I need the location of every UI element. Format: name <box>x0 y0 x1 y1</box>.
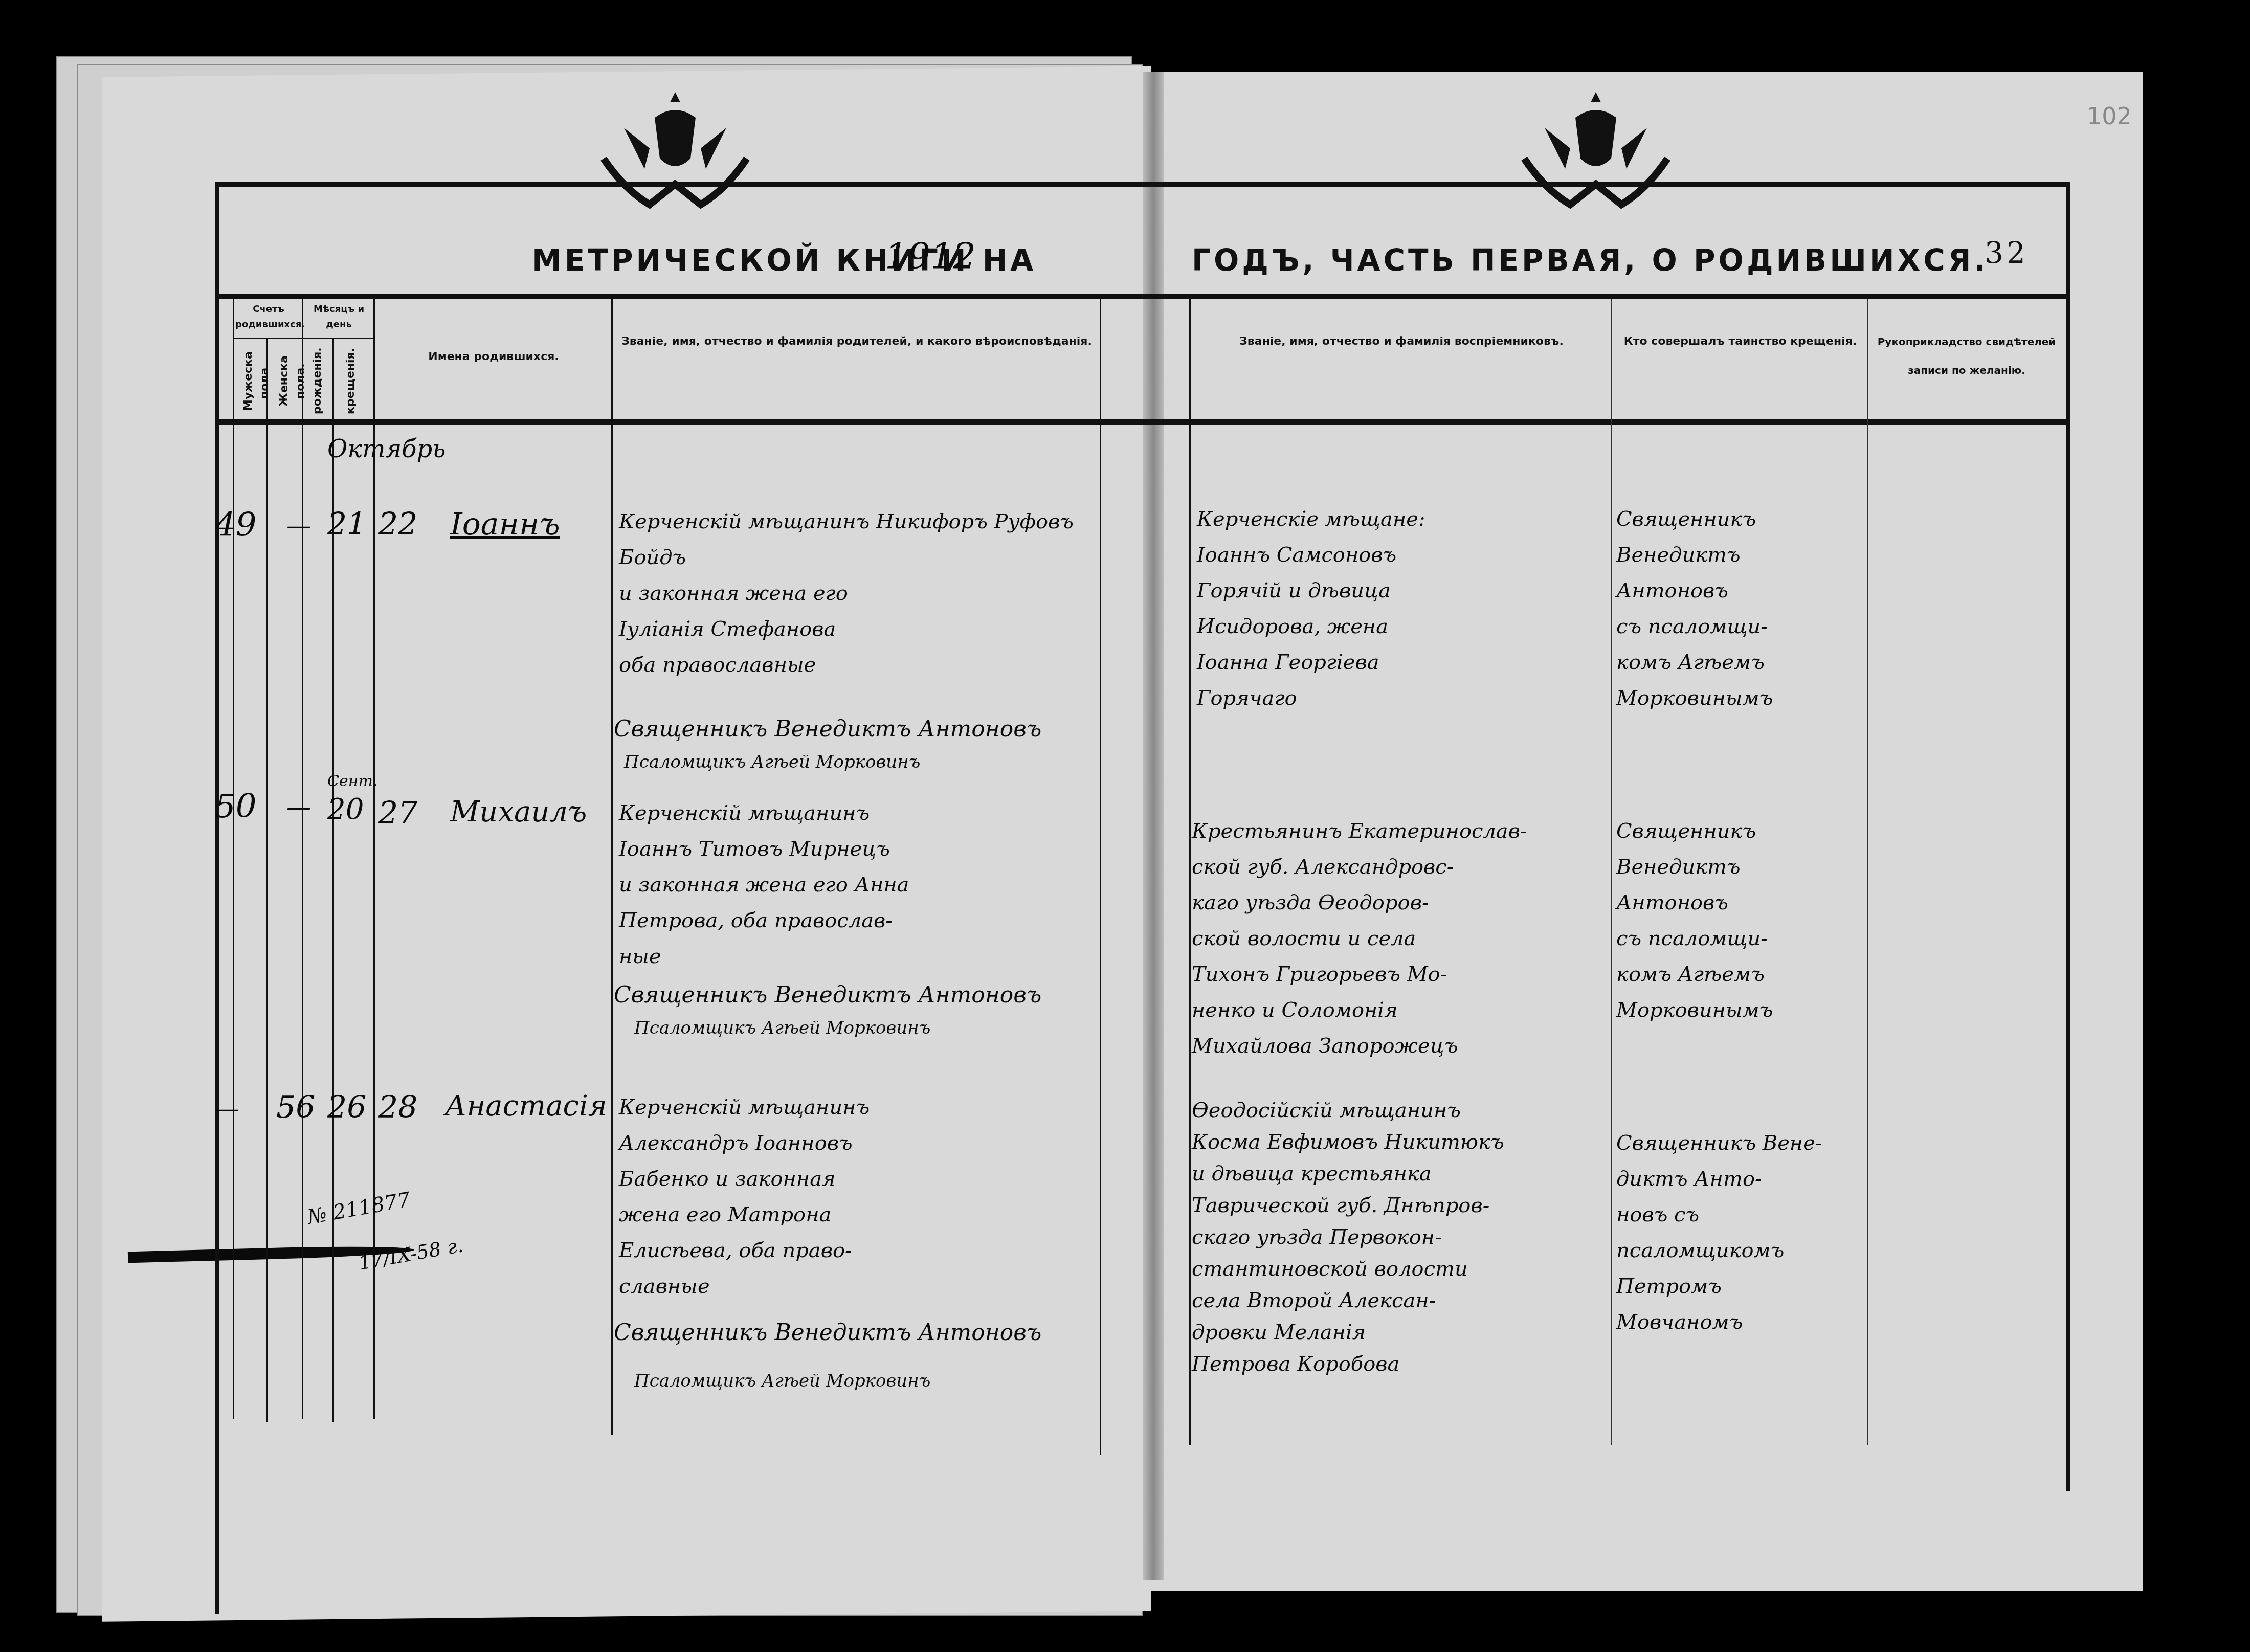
record-parents: Керченскій мѣщанинъ Никифоръ Руфовъ Бойд… <box>619 504 1100 683</box>
record-baptism-day: 28 <box>378 1089 417 1125</box>
header-godparents: Званіе, имя, отчество и фамилія воспріем… <box>1192 327 1611 356</box>
record-male-no: — <box>215 1095 239 1123</box>
record-parents: Керченскій мѣщанинъ Іоаннъ Титовъ Мирнец… <box>619 795 1100 974</box>
page-title-right: ГОДЪ, ЧАСТЬ ПЕРВАЯ, О РОДИВШИХСЯ. <box>1192 243 1988 278</box>
header-witnesses: Рукоприкладство свидѣтелей записи по жел… <box>1869 327 2064 385</box>
priest-signature: Священникъ Венедиктъ Антоновъ <box>614 1320 1041 1346</box>
record-parents: Керченскій мѣщанинъ Александръ Іоанновъ … <box>619 1089 1100 1304</box>
record-birth-day: 21 <box>327 506 366 542</box>
header-baptism: крещенія. <box>343 348 359 414</box>
header-female: Женска пола. <box>276 348 309 414</box>
record-female-no: — <box>286 511 311 540</box>
header-top-rule <box>215 294 2066 299</box>
record-baptism-day: 22 <box>378 506 417 542</box>
col-rule <box>302 299 303 1419</box>
month-header: Сент. <box>327 772 377 790</box>
col-rule <box>332 338 334 1422</box>
page-number: 32 <box>1985 235 2029 270</box>
year-handwritten: 1912 <box>885 235 976 277</box>
record-baptism-day: 27 <box>378 795 417 831</box>
psalmist-signature: Псаломщикъ Агѣей Морковинъ <box>634 1371 930 1391</box>
header-count-group: Счетъ родившихся. <box>235 302 302 332</box>
record-female-no: 56 <box>276 1089 315 1125</box>
col-rule <box>233 299 234 1419</box>
frame-right-rule <box>2066 182 2070 1491</box>
header-parents: Званіе, имя, отчество и фамилія родителе… <box>614 327 1100 356</box>
header-date-group: Мѣсяцъ и день <box>304 302 373 332</box>
col-rule <box>1189 299 1191 1445</box>
record-child-name: Іоаннъ <box>450 506 560 542</box>
archive-folio-number: 102 <box>2087 102 2132 130</box>
record-godparents: Крестьянинъ Екатеринослав- ской губ. Але… <box>1192 813 1611 1064</box>
record-birth-day: 20 <box>327 793 364 826</box>
col-rule <box>1100 299 1101 1455</box>
record-male-no: 49 <box>215 506 256 544</box>
month-header: Октябрь <box>327 435 445 463</box>
record-child-name: Михаилъ <box>450 795 587 829</box>
imperial-eagle-emblem-icon <box>1514 87 1678 210</box>
col-rule <box>1867 299 1868 1445</box>
header-bottom-rule <box>215 419 2066 425</box>
subheader-rule <box>233 338 373 339</box>
col-rule <box>1611 299 1612 1445</box>
frame-left-rule <box>215 182 219 1614</box>
frame-top-rule <box>215 182 2066 187</box>
header-names: Имена родившихся. <box>376 343 611 371</box>
record-birth-day: 26 <box>327 1089 366 1125</box>
col-rule <box>611 299 613 1435</box>
record-officiant: Священникъ Венедиктъ Антоновъ съ псаломщ… <box>1616 813 1867 1028</box>
header-officiant: Кто совершалъ таинство крещенія. <box>1614 327 1867 356</box>
record-officiant: Священникъ Венедиктъ Антоновъ съ псаломщ… <box>1616 501 1867 716</box>
header-birth: рожденія. <box>309 348 326 414</box>
record-godparents: Ѳеодосійскій мѣщанинъ Косма Евфимовъ Ник… <box>1192 1095 1611 1380</box>
imperial-eagle-emblem-icon <box>593 87 757 210</box>
psalmist-signature: Псаломщикъ Агѣей Морковинъ <box>634 1018 930 1038</box>
record-male-no: 50 <box>215 788 256 825</box>
record-officiant: Священникъ Вене- диктъ Анто- новъ съ пса… <box>1616 1125 1867 1340</box>
psalmist-signature: Псаломщикъ Агѣей Морковинъ <box>624 752 920 772</box>
record-female-no: — <box>286 793 311 821</box>
record-child-name: Анастасія <box>445 1089 607 1123</box>
priest-signature: Священникъ Венедиктъ Антоновъ <box>614 982 1041 1008</box>
col-rule <box>266 338 268 1422</box>
header-male: Мужеска пола. <box>240 348 273 414</box>
record-godparents: Керченскіе мѣщане: Іоаннъ Самсоновъ Горя… <box>1197 501 1606 716</box>
priest-signature: Священникъ Венедиктъ Антоновъ <box>614 716 1041 742</box>
